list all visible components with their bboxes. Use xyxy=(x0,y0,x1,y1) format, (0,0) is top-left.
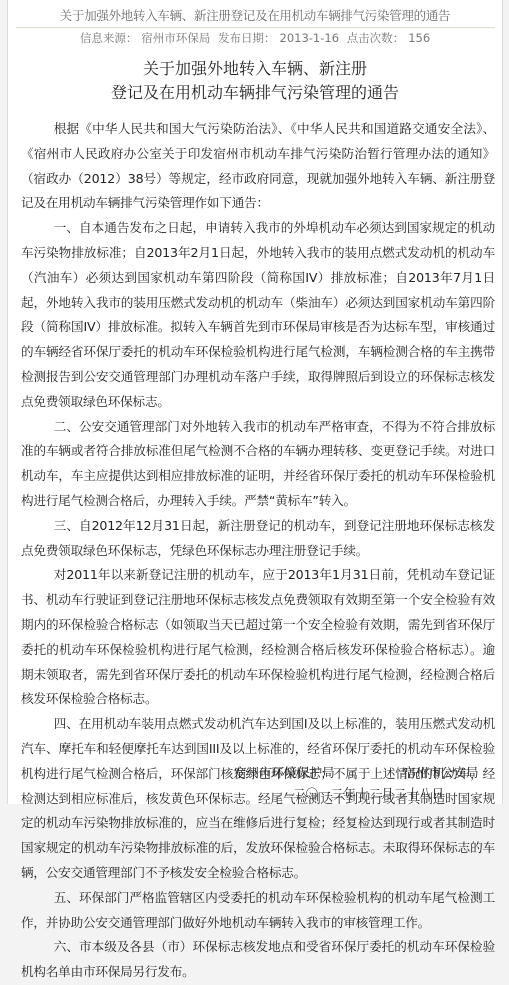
document-title-line1: 关于加强外地转入车辆、新注册 xyxy=(8,57,502,81)
paragraph: 二、公安交通管理部门对外地转入我市的机动车严格审查，不得为不符合排放标准的车辆或… xyxy=(21,415,495,514)
paragraph: 对2011年以来新登记注册的机动车，应于2013年1月31日前，凭机动车登记证书… xyxy=(21,563,495,712)
source-label: 信息来源： xyxy=(80,31,138,45)
signature-date: 二〇一二年十二月二十八日 xyxy=(293,783,444,802)
signature-environment-bureau: 宿州市环境保护局 xyxy=(234,762,335,781)
paragraph: 根据《中华人民共和国大气污染防治法》、《中华人民共和国道路交通安全法》、《宿州市… xyxy=(21,117,495,216)
header-divider xyxy=(16,27,495,28)
date-value: 2013-1-16 xyxy=(280,31,340,45)
clicks-value: 156 xyxy=(408,31,430,45)
article-header-title: 关于加强外地转入车辆、新注册登记及在用机动车辆排气污染管理的通告 xyxy=(8,6,502,24)
document-title: 关于加强外地转入车辆、新注册 登记及在用机动车辆排气污染管理的通告 xyxy=(8,57,502,105)
paragraph: 一、自本通告发布之日起，申请转入我市的外埠机动车必须达到国家规定的机动车污染物排… xyxy=(21,216,495,414)
document-title-line2: 登记及在用机动车辆排气污染管理的通告 xyxy=(8,81,502,105)
paragraph: 三、自2012年12月31日起，新注册登记的机动车，到登记注册地环保标志核发点免… xyxy=(21,514,495,564)
article-frame: 关于加强外地转入车辆、新注册登记及在用机动车辆排气污染管理的通告 信息来源：宿州… xyxy=(7,0,503,804)
clicks-label: 点击次数： xyxy=(347,31,405,45)
document-body: 根据《中华人民共和国大气污染防治法》、《中华人民共和国道路交通安全法》、《宿州市… xyxy=(21,117,495,804)
source-value: 宿州市环保局 xyxy=(141,31,210,45)
date-label: 发布日期： xyxy=(218,31,276,45)
article-meta: 信息来源：宿州市环保局 发布日期：2013-1-16 点击次数：156 xyxy=(8,30,502,46)
signature-public-security-bureau: 宿州市公安局 xyxy=(403,762,479,781)
